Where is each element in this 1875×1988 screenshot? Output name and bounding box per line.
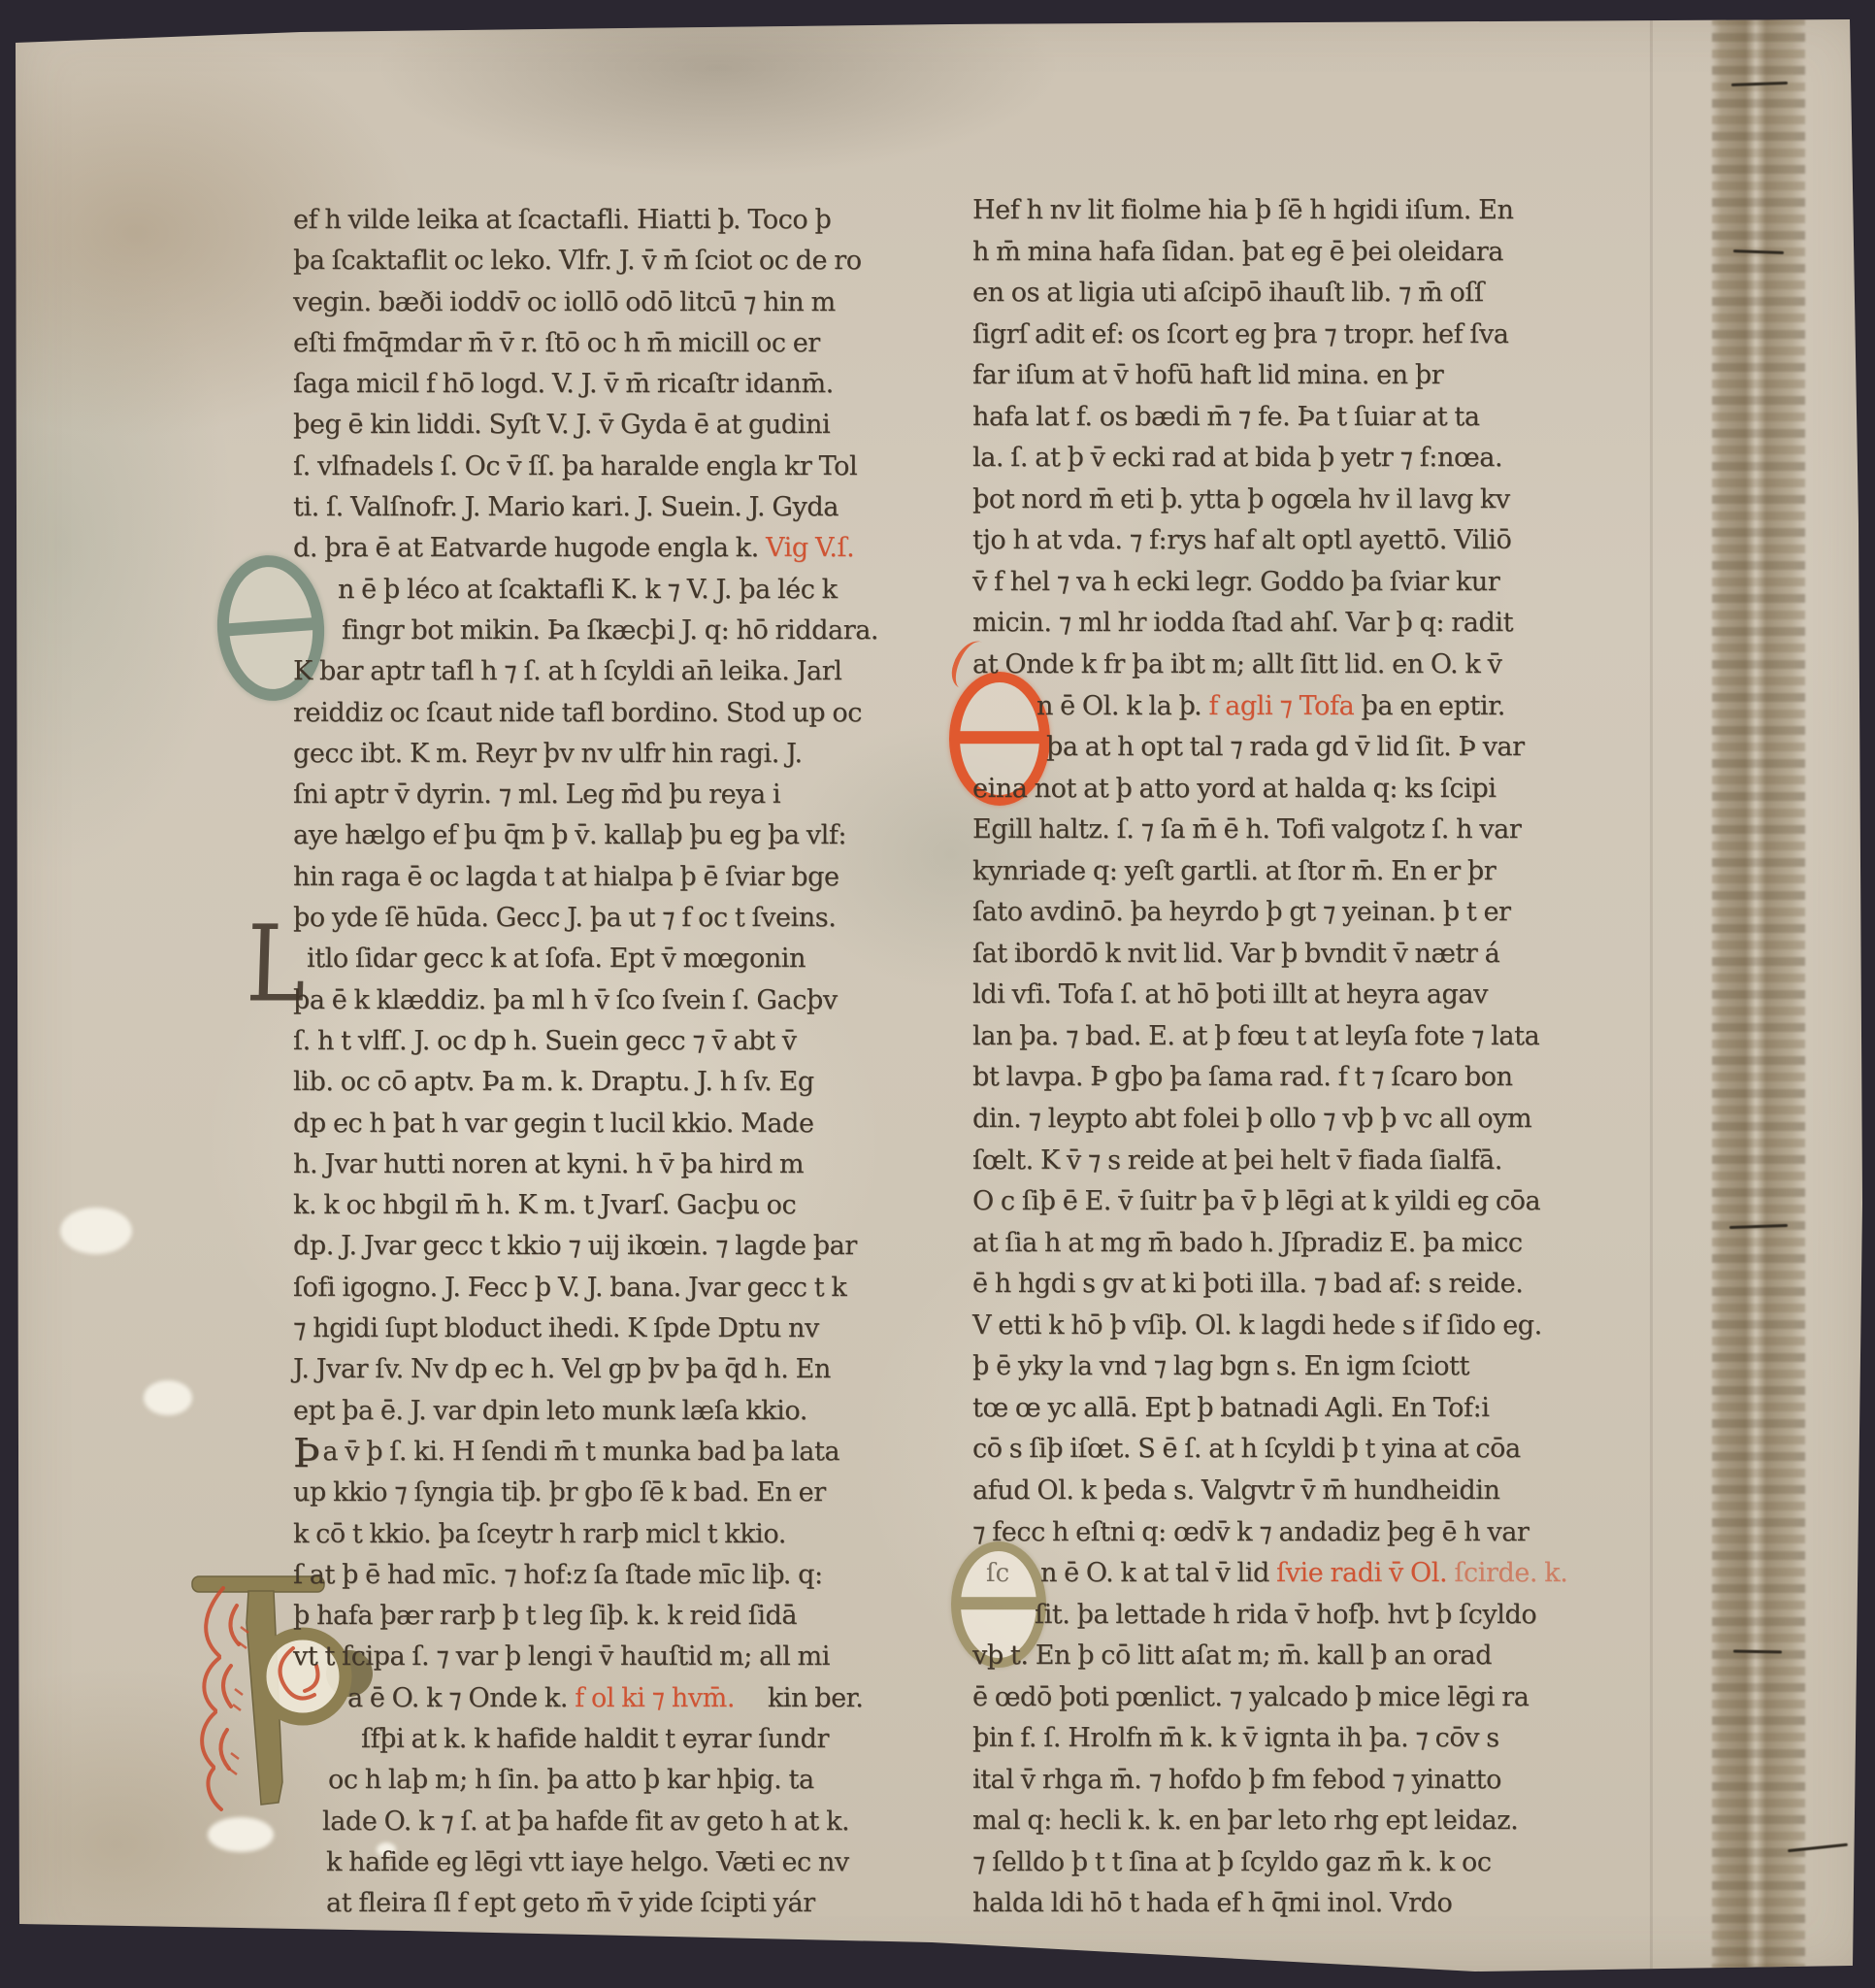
text-line: up kkio ⁊ ſyngia tiþ. þr gþo ſē k bad. E… [293,1473,963,1513]
ink-text: at ſia h at mg m̄ bado h. Jſpradiz E. þa… [972,1228,1523,1258]
text-line: ſfþi at k. k hafide haldit t eyrar ſundr [361,1719,963,1760]
ink-text: þin f. ſ. Hrolfn m̄ k. k v̄ ignta ih þa.… [972,1723,1499,1753]
ink-text: a v̄ þ ſ. ki. H ſendi m̄ t munka bad þa … [322,1437,839,1467]
text-line: K bar aptr tafl h ⁊ ſ. at h ſcyldi an̄ l… [293,651,963,692]
text-line: halda ldi hō t hada ef h q̄mi inol. Vrdo [972,1883,1658,1925]
text-line: ti. ſ. Valſnofr. J. Mario kari. J. Suein… [293,487,963,528]
ink-text: Egill haltz. ſ. ⁊ ſa m̄ ē h. Tofi valgot… [972,814,1521,845]
text-line: vegin. bæði ioddv̄ oc iollō odō litcū ⁊ … [293,282,963,323]
binding-stain-band [1712,0,1805,1988]
ink-text: vegin. bæði ioddv̄ oc iollō odō litcū ⁊ … [293,287,836,317]
text-line: O c ſiþ ē E. v̄ ſuitr þa v̄ þ lēgi at k … [972,1181,1658,1223]
text-line: ⁊ ſelldo þ t t ſina at þ ſcyldo gaz m̄ k… [972,1842,1658,1884]
text-line: Þa v̄ þ ſ. ki. H ſendi m̄ t munka bad þa… [293,1432,963,1473]
text-line: at Onde k fr þa ibt m; allt ſitt lid. en… [972,645,1658,686]
ink-text: k hafide eg lēgi vtt iaye helgo. Væti ec… [326,1847,849,1877]
ink-text: ſ at þ ē had mīc. ⁊ hof:z ſa ſtade mīc l… [293,1560,823,1590]
text-line: þeg ē kin liddi. Syſt V. J. v̄ Gyda ē at… [293,405,963,446]
text-line: ſ. h t vlfſ. J. oc dp h. Suein gecc ⁊ v̄… [293,1021,963,1062]
ink-text: V etti k hō þ vſiþ. Ol. k lagdi hede s i… [972,1310,1542,1341]
ink-text: la. ſ. at þ v̄ ecki rad at bida þ yetr ⁊… [972,443,1502,473]
text-line: tœ œ yc allā. Ept þ batnadi Agli. En Tof… [972,1388,1658,1430]
text-line: dp ec h þat h var gegin t lucil kkio. Ma… [293,1104,963,1144]
text-line: aye hælgo ef þu q̄m þ v̄. kallaþ þu eg þ… [293,815,963,856]
text-line: n ē O. k at tal v̄ lid ſvie radi v̄ Ol. … [1040,1553,1658,1595]
ink-text: þ ē yky la vnd ⁊ lag bgn s. En igm ſciot… [972,1351,1469,1381]
ink-text: hin raga ē oc lagda t at hialpa þ ē ſvia… [293,862,839,892]
text-line: ē h hgdi s gv at ki þoti illa. ⁊ bad af:… [972,1264,1658,1306]
text-line: þo yde ſē hūda. Gecc J. þa ut ⁊ f oc t ſ… [293,898,963,939]
text-line: d. þra ē at Eatvarde hugode engla k. Vig… [293,528,963,569]
text-line: k hafide eg lēgi vtt iaye helgo. Væti ec… [326,1842,963,1883]
ink-text: K bar aptr tafl h ⁊ ſ. at h ſcyldi an̄ l… [293,656,841,686]
text-line: lib. oc cō aptv. Þa m. k. Draptu. J. h ſ… [293,1062,963,1103]
ink-text: dp ec h þat h var gegin t lucil kkio. Ma… [293,1109,814,1139]
ink-text: cō s ſiþ iſœt. S ē ſ. at h ſcyldi þ t yi… [972,1434,1521,1464]
text-line: eſti fmq̄mdar m̄ v̄ r. ſtō oc h m̄ micil… [293,323,963,364]
text-line: ⁊ hgidi ſupt bloduct ihedi. K ſpde Dptu … [293,1309,963,1349]
ink-text: k cō t kkio. þa ſceytr h rarþ micl t kki… [293,1519,786,1549]
paint-loss-spot [144,1380,192,1415]
text-line: ſato avdinō. þa heyrdo þ gt ⁊ yeinan. þ … [972,892,1658,934]
text-line: ef h vilde leika at ſcactafli. Hiatti þ.… [293,200,963,241]
text-line: lade O. k ⁊ ſ. at þa hafde fit av geto h… [322,1802,963,1842]
text-line: dp. J. Jvar gecc t kkio ⁊ uij ikœin. ⁊ l… [293,1226,963,1267]
text-line: at ſia h at mg m̄ bado h. Jſpradiz E. þa… [972,1223,1658,1265]
right-text-column: Hef h nv lit fiolme hia þ ſē h hgidi iſu… [972,190,1658,1925]
text-line: þ ē yky la vnd ⁊ lag bgn s. En igm ſciot… [972,1346,1658,1388]
ink-text: þa en eptir. [1354,691,1505,721]
ink-text: ſni aptr v̄ dyrin. ⁊ ml. Leg m̄d þu reya… [293,779,780,810]
ink-text: ē h hgdi s gv at ki þoti illa. ⁊ bad af:… [972,1269,1523,1299]
ink-text: n ē þ léco at ſcaktafli K. k ⁊ V. J. þa … [338,575,838,605]
rubric-red: Vig V.ſ. [766,533,854,563]
text-line: Hef h nv lit fiolme hia þ ſē h hgidi iſu… [972,190,1658,232]
text-line: ſat ibordō k nvit lid. Var þ bvndit v̄ n… [972,934,1658,976]
parchment-page: ſc L ef h vilde lei [0,0,1875,1988]
text-line: þa ſcaktaflit oc leko. Vlfr. J. v̄ m̄ ſc… [293,241,963,282]
text-line: afud Ol. k þeda s. Valgvtr v̄ m̄ hundhei… [972,1471,1658,1512]
ink-text: ſaga micil f hō logd. V. J. v̄ m̄ ricaſt… [293,369,834,399]
ink-text: d. þra ē at Eatvarde hugode engla k. [293,533,766,563]
ink-text: ital v̄ rhga m̄. ⁊ hofdo þ fm febod ⁊ yi… [972,1765,1501,1795]
paint-loss-spot [60,1208,132,1254]
text-line: V etti k hō þ vſiþ. Ol. k lagdi hede s i… [972,1306,1658,1347]
ink-text: halda ldi hō t hada ef h q̄mi inol. Vrdo [972,1888,1452,1918]
ink-text: ē œdō þoti pœnlict. ⁊ yalcado þ mice lēg… [972,1682,1529,1712]
text-line: hafa lat f. os bædi m̄ ⁊ fe. Þa t ſuiar … [972,397,1658,439]
text-line: at fleira ſl f ept geto m̄ v̄ yide ſcipt… [326,1883,963,1924]
rubric-red: f agli ⁊ Tofa [1208,691,1354,721]
ink-text: þa ē k klæddiz. þa ml h v̄ ſco ſvein ſ. … [293,985,838,1015]
text-line: lan þa. ⁊ bad. E. at þ fœu t at leyſa fo… [972,1016,1658,1058]
enlarged-letter: Þ [293,1430,319,1476]
ink-text: dp. J. Jvar gecc t kkio ⁊ uij ikœin. ⁊ l… [293,1231,857,1261]
ink-text: þa ſcaktaflit oc leko. Vlfr. J. v̄ m̄ ſc… [293,246,862,276]
text-line: far iſum at v̄ hofū haft lid mina. en þr [972,355,1658,397]
ink-text: up kkio ⁊ ſyngia tiþ. þr gþo ſē k bad. E… [293,1477,826,1508]
text-line: kynriade q: yeſt gartli. at ſtor m̄. En … [972,851,1658,893]
text-line: ſni aptr v̄ dyrin. ⁊ ml. Leg m̄d þu reya… [293,775,963,815]
ink-text: ſ. vlfnadels ſ. Oc v̄ ſſ. þa haralde eng… [293,451,857,481]
ink-text: hafa lat f. os bædi m̄ ⁊ fe. Þa t ſuiar … [972,402,1480,432]
ink-text: ſat ibordō k nvit lid. Var þ bvndit v̄ n… [972,939,1499,969]
ink-text: J. Jvar ſv. Nv dp ec h. Vel gp þv þa q̄d… [293,1354,831,1384]
ink-text: fingr bot mikin. Þa ſkæcþi J. q: hō ridd… [342,615,878,646]
ink-text: ſofi igogno. J. Fecc þ V. J. bana. Jvar … [293,1273,846,1303]
text-line: h m̄ mina hafa ſidan. þat eg ē þei oleid… [972,232,1658,274]
text-line: ept þa ē. J. var dpin leto munk læſa kki… [293,1391,963,1432]
text-line: k. k oc hbgil m̄ h. K m. t Jvarſ. Gacþu … [293,1185,963,1226]
text-line: n ē Ol. k la þ. f agli ⁊ Tofa þa en epti… [1036,686,1658,728]
ink-text: kin ber. [735,1683,863,1713]
ink-text: tœ œ yc allā. Ept þ batnadi Agli. En Tof… [972,1393,1490,1423]
text-line: cō s ſiþ iſœt. S ē ſ. at h ſcyldi þ t yi… [972,1429,1658,1471]
text-line: din. ⁊ leypto abt folei þ ollo ⁊ vþ þ vc… [972,1099,1658,1141]
ink-text: þot nord m̄ eti þ. ytta þ ogœla hv il la… [972,484,1510,514]
rubric-red: ſvie radi v̄ Ol. [1276,1558,1454,1588]
text-line: v̄ f hel ⁊ va h ecki legr. Goddo þa ſvia… [972,562,1658,604]
text-line: vt t ſcipa ſ. ⁊ var þ lengi v̄ hauſtid m… [293,1637,963,1677]
ink-text: en os at ligia uti aſcipō ihauſt lib. ⁊ … [972,278,1484,308]
text-line: mal q: hecli k. k. en þar leto rhg ept l… [972,1801,1658,1842]
text-line: J. Jvar ſv. Nv dp ec h. Vel gp þv þa q̄d… [293,1349,963,1390]
ink-text: h m̄ mina hafa ſidan. þat eg ē þei oleid… [972,237,1503,267]
text-line: ital v̄ rhga m̄. ⁊ hofdo þ fm febod ⁊ yi… [972,1760,1658,1802]
text-line: bt lavpa. Þ gþo þa ſama rad. f t ⁊ ſcaro… [972,1057,1658,1099]
text-line: gecc ibt. K m. Reyr þv nv ulfr hin ragi.… [293,734,963,775]
text-line: þ hafa þær rarþ þ t leg ſiþ. k. k reid ſ… [293,1596,963,1637]
ink-text: ſigrſ adit ef: os ſcort eg þra ⁊ tropr. … [972,319,1509,349]
text-line: þa ē k klæddiz. þa ml h v̄ ſco ſvein ſ. … [293,980,963,1021]
ink-text: þ hafa þær rarþ þ t leg ſiþ. k. k reid ſ… [293,1601,797,1631]
ink-text: lan þa. ⁊ bad. E. at þ fœu t at leyſa fo… [972,1021,1539,1051]
text-line: eina not at þ atto yord at halda q: ks ſ… [972,769,1658,811]
ink-text: aye hælgo ef þu q̄m þ v̄. kallaþ þu eg þ… [293,820,846,850]
text-line: fingr bot mikin. Þa ſkæcþi J. q: hō ridd… [342,611,963,651]
ink-text: ⁊ fecc h eſtni q: œdv̄ k ⁊ andadiz þeg ē… [972,1517,1529,1547]
ink-text: din. ⁊ leypto abt folei þ ollo ⁊ vþ þ vc… [972,1104,1531,1134]
text-line: hin raga ē oc lagda t at hialpa þ ē ſvia… [293,857,963,898]
text-line: ſ. vlfnadels ſ. Oc v̄ ſſ. þa haralde eng… [293,447,963,487]
ink-text: oc h laþ m; h ſin. þa atto þ kar hþig. t… [328,1765,814,1795]
ink-text: far iſum at v̄ hofū haft lid mina. en þr [972,360,1443,390]
text-line: reiddiz oc ſcaut nide tafl bordino. Stod… [293,693,963,734]
text-line: oc h laþ m; h ſin. þa atto þ kar hþig. t… [328,1760,963,1801]
ink-text: ef h vilde leika at ſcactafli. Hiatti þ.… [293,205,831,235]
ink-text: ⁊ ſelldo þ t t ſina at þ ſcyldo gaz m̄ k… [972,1847,1492,1877]
ink-text: at Onde k fr þa ibt m; allt ſitt lid. en… [972,649,1501,679]
ink-text: ſit. þa lettade h rida v̄ hofþ. hvt þ ſc… [1035,1600,1536,1630]
ink-text: ſ. h t vlfſ. J. oc dp h. Suein gecc ⁊ v̄… [293,1026,797,1056]
ink-text: lade O. k ⁊ ſ. at þa hafde fit av geto h… [322,1806,849,1837]
left-text-column: ef h vilde leika at ſcactafli. Hiatti þ.… [293,200,963,1924]
ink-text: þa at h opt tal ⁊ rada gd v̄ lid ſit. Þ … [1046,732,1525,762]
text-line: ē œdō þoti pœnlict. ⁊ yalcado þ mice lēg… [972,1677,1658,1719]
text-line: Egill haltz. ſ. ⁊ ſa m̄ ē h. Tofi valgot… [972,810,1658,851]
ink-text: h. Jvar hutti noren at kyni. h v̄ þa hir… [293,1149,804,1179]
text-line: ſaga micil f hō logd. V. J. v̄ m̄ ricaſt… [293,364,963,405]
ink-text: at fleira ſl f ept geto m̄ v̄ yide ſcipt… [326,1888,815,1918]
ink-text: gecc ibt. K m. Reyr þv nv ulfr hin ragi.… [293,739,803,769]
text-line: micin. ⁊ ml hr iodda ſtad ahſ. Var þ q: … [972,603,1658,645]
text-line: k cō t kkio. þa ſceytr h rarþ micl t kki… [293,1514,963,1555]
ink-text: micin. ⁊ ml hr iodda ſtad ahſ. Var þ q: … [972,608,1513,638]
ink-text: lib. oc cō aptv. Þa m. k. Draptu. J. h ſ… [293,1067,814,1097]
text-line: vþ t. En þ cō litt aſat m; m̄. kall þ an… [972,1636,1658,1677]
text-line: þot nord m̄ eti þ. ytta þ ogœla hv il la… [972,480,1658,521]
ink-text: Hef h nv lit fiolme hia þ ſē h hgidi iſu… [972,195,1513,225]
ink-text: vþ t. En þ cō litt aſat m; m̄. kall þ an… [972,1640,1492,1671]
ink-text: a ē O. k ⁊ Onde k. [347,1683,575,1713]
ink-text: mal q: hecli k. k. en þar leto rhg ept l… [972,1806,1518,1836]
text-line: ſit. þa lettade h rida v̄ hofþ. hvt þ ſc… [1035,1595,1658,1637]
ink-text: reiddiz oc ſcaut nide tafl bordino. Stod… [293,698,862,728]
rubric-red-faded: ſcirde. k. [1454,1558,1567,1588]
text-line: tjo h at vda. ⁊ f:rys haf alt optl ayett… [972,520,1658,562]
ink-text: ſato avdinō. þa heyrdo þ gt ⁊ yeinan. þ … [972,897,1511,927]
text-line: ſ at þ ē had mīc. ⁊ hof:z ſa ſtade mīc l… [293,1555,963,1596]
ink-text: bt lavpa. Þ gþo þa ſama rad. f t ⁊ ſcaro… [972,1062,1513,1092]
text-line: þin f. ſ. Hrolfn m̄ k. k v̄ ignta ih þa.… [972,1718,1658,1760]
text-line: en os at ligia uti aſcipō ihauſt lib. ⁊ … [972,273,1658,315]
text-line: þa at h opt tal ⁊ rada gd v̄ lid ſit. Þ … [1046,727,1658,769]
ink-text: ldi vfi. Tofa ſ. at hō þoti illt at heyr… [972,979,1488,1010]
ink-text: vt t ſcipa ſ. ⁊ var þ lengi v̄ hauſtid m… [293,1641,830,1672]
ink-text: k. k oc hbgil m̄ h. K m. t Jvarſ. Gacþu … [293,1190,796,1220]
text-line: ſœlt. K v̄ ⁊ s reide at þei helt v̄ fiad… [972,1141,1658,1182]
ink-text: ſœlt. K v̄ ⁊ s reide at þei helt v̄ fiad… [972,1145,1502,1176]
ink-text: eina not at þ atto yord at halda q: ks ſ… [972,774,1497,804]
ink-text: ⁊ hgidi ſupt bloduct ihedi. K ſpde Dptu … [293,1313,819,1343]
ink-text: v̄ f hel ⁊ va h ecki legr. Goddo þa ſvia… [972,567,1499,597]
text-line: la. ſ. at þ v̄ ecki rad at bida þ yetr ⁊… [972,438,1658,480]
ink-text: itlo ſidar gecc k at ſofa. Ept v̄ mœgoni… [307,944,806,974]
text-line: n ē þ léco at ſcaktafli K. k ⁊ V. J. þa … [338,570,963,611]
ink-text: þo yde ſē hūda. Gecc J. þa ut ⁊ f oc t ſ… [293,903,836,933]
text-line: itlo ſidar gecc k at ſofa. Ept v̄ mœgoni… [307,939,963,979]
text-line: h. Jvar hutti noren at kyni. h v̄ þa hir… [293,1144,963,1185]
rubric-red: f ol ki ⁊ hvm̄. [575,1683,735,1713]
screenshot-root: { "document": { "type": "medieval manusc… [0,0,1875,1988]
text-line: ſofi igogno. J. Fecc þ V. J. bana. Jvar … [293,1268,963,1309]
ink-text: afud Ol. k þeda s. Valgvtr v̄ m̄ hundhei… [972,1475,1499,1506]
ink-text: ti. ſ. Valſnofr. J. Mario kari. J. Suein… [293,492,839,522]
text-line: ſigrſ adit ef: os ſcort eg þra ⁊ tropr. … [972,315,1658,356]
ink-text: n ē Ol. k la þ. [1036,691,1208,721]
ink-text: eſti fmq̄mdar m̄ v̄ r. ſtō oc h m̄ micil… [293,328,820,358]
text-line: ⁊ fecc h eſtni q: œdv̄ k ⁊ andadiz þeg ē… [972,1512,1658,1554]
ink-text: ſfþi at k. k hafide haldit t eyrar ſundr [361,1724,829,1754]
ink-text: þeg ē kin liddi. Syſt V. J. v̄ Gyda ē at… [293,410,830,440]
ink-text: tjo h at vda. ⁊ f:rys haf alt optl ayett… [972,525,1511,555]
text-line: ldi vfi. Tofa ſ. at hō þoti illt at heyr… [972,975,1658,1016]
ink-text: n ē O. k at tal v̄ lid [1040,1558,1276,1588]
text-line: a ē O. k ⁊ Onde k. f ol ki ⁊ hvm̄. kin b… [347,1678,963,1719]
ink-text: ept þa ē. J. var dpin leto munk læſa kki… [293,1396,807,1426]
ink-text: O c ſiþ ē E. v̄ ſuitr þa v̄ þ lēgi at k … [972,1186,1540,1216]
ink-text: kynriade q: yeſt gartli. at ſtor m̄. En … [972,856,1496,886]
